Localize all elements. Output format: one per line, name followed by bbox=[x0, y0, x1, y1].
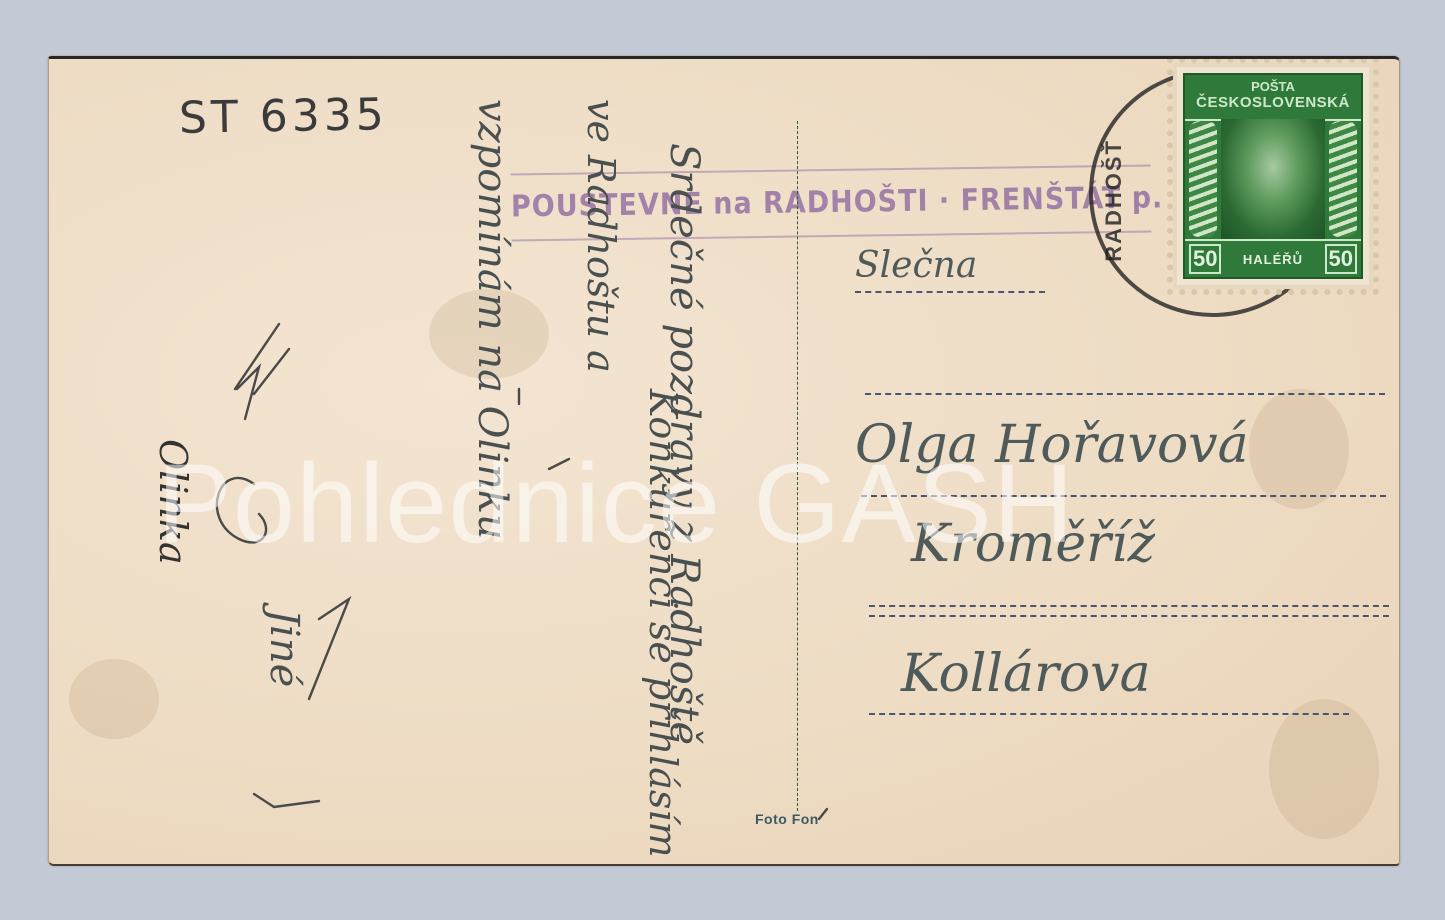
postage-stamp: POŠTA ČESKOSLOVENSKÁ 50 HALÉŘŮ 50 bbox=[1173, 63, 1373, 289]
postcard-back: ST 6335 POUSTEVNE na RADHOŠTI · FRENŠTÁT… bbox=[48, 56, 1400, 866]
stamp-country-label: ČESKOSLOVENSKÁ bbox=[1185, 95, 1361, 111]
stamp-footer: 50 HALÉŘŮ 50 bbox=[1185, 239, 1361, 277]
portrait-icon bbox=[1221, 119, 1325, 239]
stamp-posta-label: POŠTA bbox=[1185, 79, 1361, 95]
laurel-left-icon bbox=[1189, 121, 1217, 237]
stamp-unit: HALÉŘŮ bbox=[1243, 252, 1303, 267]
laurel-right-icon bbox=[1329, 121, 1357, 237]
stamp-header: POŠTA ČESKOSLOVENSKÁ bbox=[1185, 75, 1361, 121]
roman-numeral-mark bbox=[235, 324, 289, 419]
stamp-value-right: 50 bbox=[1325, 244, 1357, 274]
postmark-text: RADHOŠŤ bbox=[1101, 139, 1127, 262]
photo-credit: Foto Fon bbox=[755, 811, 819, 827]
stamp-design: POŠTA ČESKOSLOVENSKÁ 50 HALÉŘŮ 50 bbox=[1183, 73, 1363, 279]
stamp-value-left: 50 bbox=[1189, 244, 1221, 274]
